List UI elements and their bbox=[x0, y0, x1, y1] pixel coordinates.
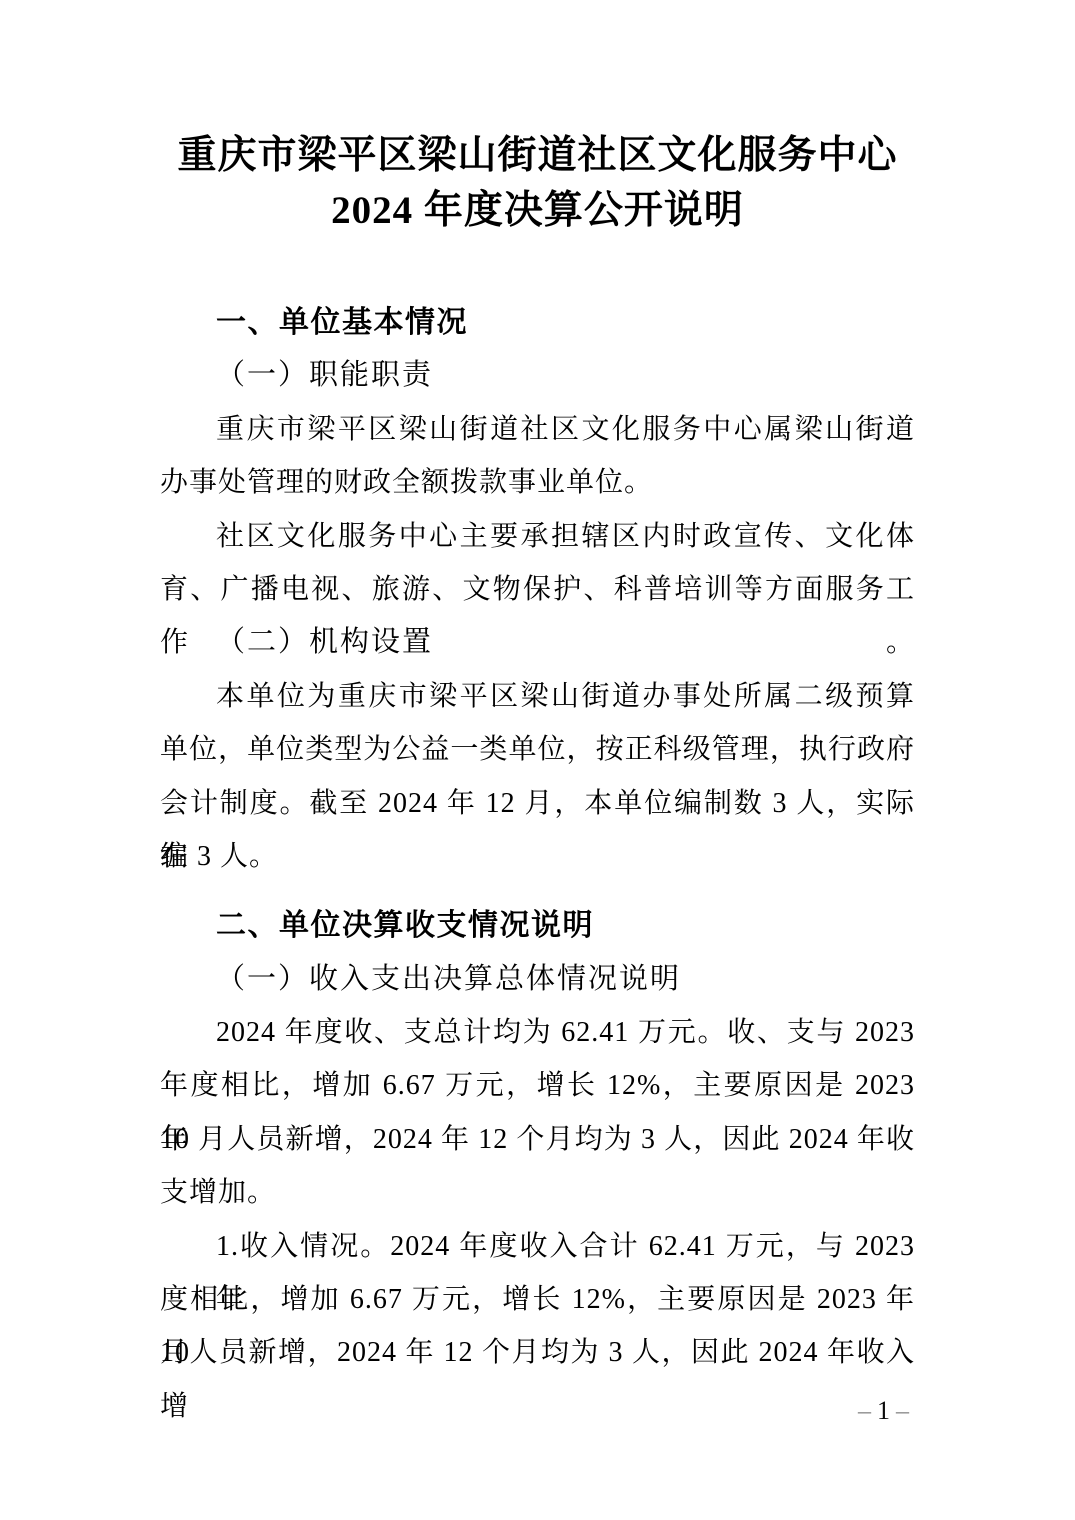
text-line: 支增加。 bbox=[160, 1166, 915, 1219]
subsection-heading: （一）收入支出决算总体情况说明 bbox=[160, 953, 915, 1006]
page-number-right-dash: – bbox=[890, 1396, 915, 1425]
text-line: 10 月人员新增，2024 年 12 个月均为 3 人，因此 2024 年收 bbox=[160, 1113, 915, 1166]
document-title-line-1: 重庆市梁平区梁山街道社区文化服务中心 bbox=[0, 128, 1075, 183]
document-title-line-2: 2024 年度决算公开说明 bbox=[0, 183, 1075, 238]
text-line: 办事处管理的财政全额拨款事业单位。 bbox=[160, 456, 915, 509]
text-line: 编 3 人。 bbox=[160, 830, 915, 883]
text-line: 月人员新增，2024 年 12 个月均为 3 人，因此 2024 年收入增 bbox=[160, 1326, 915, 1379]
document-page: 重庆市梁平区梁山街道社区文化服务中心 2024 年度决算公开说明 一、单位基本情… bbox=[0, 0, 1075, 1520]
text-line: 重庆市梁平区梁山街道社区文化服务中心属梁山街道 bbox=[160, 403, 915, 456]
subsection-heading: （一）职能职责 bbox=[160, 349, 915, 402]
document-body: 一、单位基本情况（一）职能职责重庆市梁平区梁山街道社区文化服务中心属梁山街道办事… bbox=[160, 296, 915, 1380]
text-line: 社区文化服务中心主要承担辖区内时政宣传、文化体 bbox=[160, 510, 915, 563]
section-heading: 二、单位决算收支情况说明 bbox=[160, 899, 915, 952]
text-line: 度相比，增加 6.67 万元，增长 12%，主要原因是 2023 年 10 bbox=[160, 1273, 915, 1326]
text-line: 育、广播电视、旅游、文物保护、科普培训等方面服务工作。 bbox=[160, 563, 915, 616]
text-line: 1.收入情况。2024 年度收入合计 62.41 万元，与 2023 年 bbox=[160, 1220, 915, 1273]
text-line: 2024 年度收、支总计均为 62.41 万元。收、支与 2023 bbox=[160, 1006, 915, 1059]
text-line: 年度相比，增加 6.67 万元，增长 12%，主要原因是 2023 年 bbox=[160, 1059, 915, 1112]
page-number-left-dash: – bbox=[852, 1396, 877, 1425]
page-number-value: 1 bbox=[877, 1396, 890, 1425]
section-heading: 一、单位基本情况 bbox=[160, 296, 915, 349]
text-line: 单位，单位类型为公益一类单位，按正科级管理，执行政府 bbox=[160, 723, 915, 776]
text-line: 会计制度。截至 2024 年 12 月，本单位编制数 3 人，实际在 bbox=[160, 777, 915, 830]
document-title: 重庆市梁平区梁山街道社区文化服务中心 2024 年度决算公开说明 bbox=[0, 128, 1075, 238]
text-line: 本单位为重庆市梁平区梁山街道办事处所属二级预算 bbox=[160, 670, 915, 723]
page-number: –1– bbox=[852, 1396, 915, 1426]
